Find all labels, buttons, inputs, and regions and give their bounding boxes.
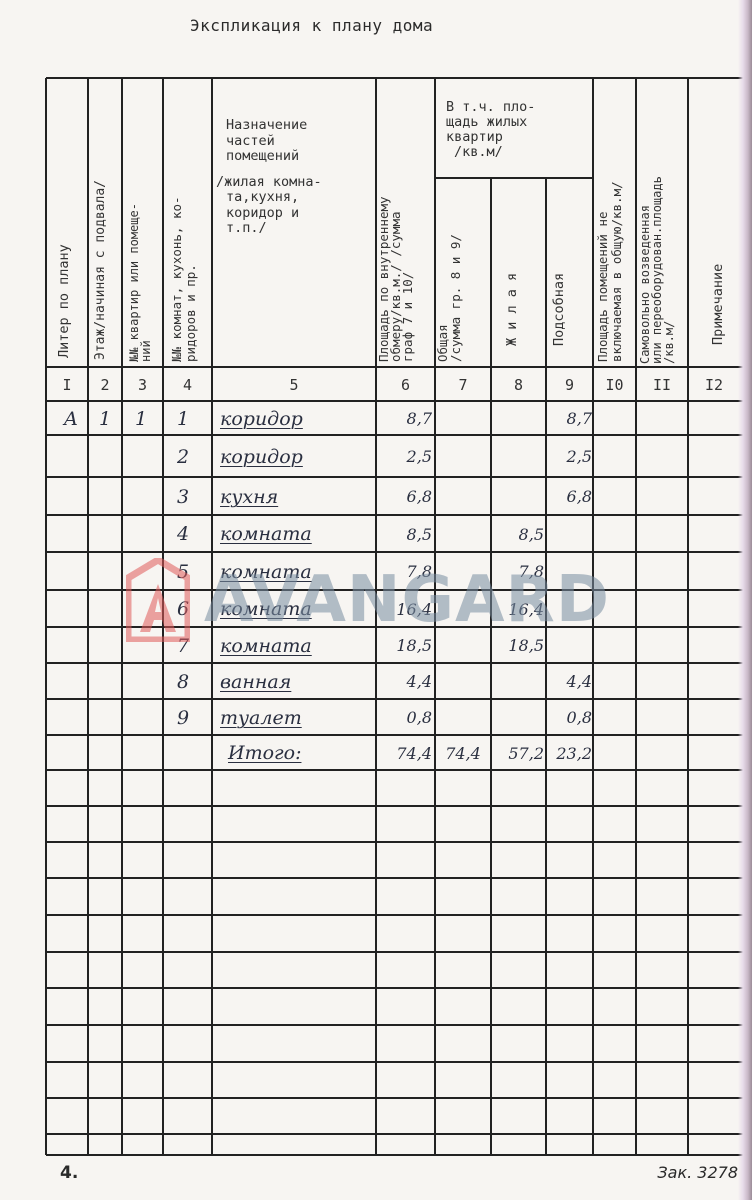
cell-excluded xyxy=(595,519,635,550)
column-index: I xyxy=(46,371,88,399)
header-col3: №№ квартир или помеще- ний xyxy=(128,203,152,362)
cell-aux: 23,2 xyxy=(548,739,592,768)
cell-floor xyxy=(92,667,118,697)
cell-floor xyxy=(92,556,118,588)
cell-apt xyxy=(126,667,156,697)
cell-room: 6 xyxy=(168,594,198,625)
cell-aux: 8,7 xyxy=(548,405,592,433)
cell-floor xyxy=(92,481,118,513)
cell-room: 5 xyxy=(168,556,198,588)
cell-note xyxy=(690,739,740,768)
cell-unauthorized xyxy=(638,405,686,433)
column-index: 5 xyxy=(212,371,376,399)
cell-area: 2,5 xyxy=(380,439,432,475)
grid-hline xyxy=(46,698,752,700)
cell-living: 16,4 xyxy=(494,594,544,625)
header-col5-line: /жилая комна- xyxy=(216,175,376,191)
cell-excluded xyxy=(595,405,635,433)
grid-hline xyxy=(46,1061,752,1063)
cell-area: 18,5 xyxy=(380,631,432,661)
cell-living xyxy=(494,667,544,697)
cell-aux: 4,4 xyxy=(548,667,592,697)
cell-room: 3 xyxy=(168,481,198,513)
grid-vline xyxy=(635,78,637,1155)
cell-unauthorized xyxy=(638,739,686,768)
cell-liter xyxy=(56,703,86,733)
cell-excluded xyxy=(595,439,635,475)
column-index: 7 xyxy=(435,371,491,399)
cell-liter xyxy=(56,631,86,661)
cell-excluded xyxy=(595,703,635,733)
order-number: Зак. 3278 xyxy=(657,1163,738,1182)
grid-hline xyxy=(46,951,752,953)
cell-purpose: коридор xyxy=(220,405,370,433)
cell-total xyxy=(437,405,489,433)
header-col4: №№ комнат, кухонь, ко- ридоров и пр. xyxy=(170,196,198,362)
column-index: I2 xyxy=(688,371,740,399)
grid-hline xyxy=(46,987,752,989)
group-header-line: /кв.м/ xyxy=(454,145,556,160)
cell-liter xyxy=(56,594,86,625)
cell-unauthorized xyxy=(638,439,686,475)
grid-vline xyxy=(162,78,164,1155)
group-header-line: квартир xyxy=(446,130,556,145)
cell-room: 2 xyxy=(168,439,198,475)
cell-living: 8,5 xyxy=(494,519,544,550)
cell-apt xyxy=(126,739,156,768)
cell-purpose: кухня xyxy=(220,481,370,513)
cell-purpose: Итого: xyxy=(220,739,378,768)
cell-excluded xyxy=(595,481,635,513)
header-col5-line: частей xyxy=(226,134,376,150)
cell-floor xyxy=(92,703,118,733)
cell-apt xyxy=(126,594,156,625)
cell-floor: 1 xyxy=(92,405,118,433)
grid-hline xyxy=(46,841,752,843)
cell-aux: 0,8 xyxy=(548,703,592,733)
cell-unauthorized xyxy=(638,703,686,733)
cell-floor xyxy=(92,594,118,625)
cell-room xyxy=(168,739,198,768)
grid-hline xyxy=(46,877,752,879)
grid-vline xyxy=(211,78,213,1155)
header-col10: Площадь помещений не включаемая в общую/… xyxy=(596,181,624,362)
header-col5-line: т.п./ xyxy=(226,221,376,237)
cell-apt xyxy=(126,481,156,513)
grid-hline xyxy=(46,434,752,436)
group-header-living-area: В т.ч. пло- щадь жилых квартир /кв.м/ xyxy=(446,100,556,160)
cell-purpose: комната xyxy=(220,519,370,550)
cell-liter xyxy=(56,439,86,475)
grid-hline xyxy=(46,77,752,79)
cell-note xyxy=(690,405,740,433)
cell-purpose: комната xyxy=(220,631,370,661)
cell-apt xyxy=(126,556,156,588)
cell-aux: 2,5 xyxy=(548,439,592,475)
cell-living xyxy=(494,703,544,733)
cell-total xyxy=(437,594,489,625)
cell-aux xyxy=(548,556,592,588)
cell-living: 18,5 xyxy=(494,631,544,661)
cell-total: 74,4 xyxy=(437,739,489,768)
cell-area: 6,8 xyxy=(380,481,432,513)
cell-liter xyxy=(56,481,86,513)
cell-excluded xyxy=(595,594,635,625)
grid-vline xyxy=(87,78,89,1155)
grid-vline xyxy=(545,178,547,1155)
cell-note xyxy=(690,439,740,475)
cell-note xyxy=(690,519,740,550)
cell-total xyxy=(437,703,489,733)
group-header-line: В т.ч. пло- xyxy=(446,100,556,115)
header-col1: Литер по плану xyxy=(58,244,71,358)
cell-unauthorized xyxy=(638,481,686,513)
cell-unauthorized xyxy=(638,519,686,550)
cell-living: 7,8 xyxy=(494,556,544,588)
cell-total xyxy=(437,519,489,550)
explication-sheet: Экспликация к плану дома Литер по плану … xyxy=(0,0,752,1200)
cell-room: 9 xyxy=(168,703,198,733)
grid-hline xyxy=(435,177,593,179)
header-col5-line: коридор и xyxy=(226,206,376,222)
cell-liter xyxy=(56,519,86,550)
cell-note xyxy=(690,556,740,588)
cell-note xyxy=(690,631,740,661)
document-title: Экспликация к плану дома xyxy=(190,16,433,35)
cell-total xyxy=(437,481,489,513)
grid-hline xyxy=(46,1133,752,1135)
grid-hline xyxy=(46,1097,752,1099)
column-index: 8 xyxy=(491,371,546,399)
cell-total xyxy=(437,667,489,697)
cell-living xyxy=(494,405,544,433)
cell-floor xyxy=(92,439,118,475)
cell-floor xyxy=(92,739,118,768)
grid-hline xyxy=(46,662,752,664)
cell-area: 4,4 xyxy=(380,667,432,697)
cell-unauthorized xyxy=(638,631,686,661)
column-index: 6 xyxy=(376,371,435,399)
column-index: I0 xyxy=(593,371,636,399)
grid-hline xyxy=(46,914,752,916)
header-col6: Площадь по внутреннему обмеру/кв.м./ /су… xyxy=(378,196,414,362)
grid-hline xyxy=(46,1024,752,1026)
cell-liter xyxy=(56,739,86,768)
cell-liter xyxy=(56,667,86,697)
cell-purpose: туалет xyxy=(220,703,370,733)
cell-note xyxy=(690,667,740,697)
column-index: II xyxy=(636,371,688,399)
grid-hline xyxy=(46,400,752,402)
grid-hline xyxy=(46,626,752,628)
cell-floor xyxy=(92,519,118,550)
cell-unauthorized xyxy=(638,667,686,697)
grid-hline xyxy=(46,366,752,368)
column-index: 4 xyxy=(163,371,212,399)
cell-purpose: комната xyxy=(220,594,370,625)
cell-room: 7 xyxy=(168,631,198,661)
grid-hline xyxy=(46,589,752,591)
cell-aux: 6,8 xyxy=(548,481,592,513)
page-number: 4. xyxy=(60,1163,78,1183)
cell-excluded xyxy=(595,631,635,661)
header-col12: Примечание xyxy=(712,264,725,345)
grid-vline xyxy=(121,78,123,1155)
grid-hline xyxy=(46,1154,752,1156)
cell-note xyxy=(690,703,740,733)
cell-total xyxy=(437,439,489,475)
grid-vline xyxy=(490,178,492,1155)
cell-area: 0,8 xyxy=(380,703,432,733)
grid-hline xyxy=(46,551,752,553)
header-col9: Подсобная xyxy=(553,273,566,346)
grid-hline xyxy=(46,476,752,478)
cell-note xyxy=(690,481,740,513)
grid-vline xyxy=(687,78,689,1155)
header-col5-line: помещений xyxy=(226,149,376,165)
cell-excluded xyxy=(595,556,635,588)
grid-hline xyxy=(46,805,752,807)
cell-room: 4 xyxy=(168,519,198,550)
header-col2: Этаж/начиная с подвала/ xyxy=(94,180,107,360)
cell-area: 8,5 xyxy=(380,519,432,550)
header-col5-line: та,кухня, xyxy=(226,190,376,206)
cell-floor xyxy=(92,631,118,661)
grid-hline xyxy=(46,514,752,516)
column-index: 9 xyxy=(546,371,593,399)
cell-aux xyxy=(548,594,592,625)
cell-living xyxy=(494,439,544,475)
cell-apt xyxy=(126,703,156,733)
cell-total xyxy=(437,556,489,588)
header-col11: Самовольно возведенная или переоборудова… xyxy=(639,176,675,364)
cell-area: 7,8 xyxy=(380,556,432,588)
cell-area: 8,7 xyxy=(380,405,432,433)
cell-room: 8 xyxy=(168,667,198,697)
cell-apt xyxy=(126,439,156,475)
page-edge-shadow xyxy=(738,0,752,1200)
cell-area: 74,4 xyxy=(380,739,432,768)
cell-liter xyxy=(56,556,86,588)
grid-hline xyxy=(46,734,752,736)
cell-excluded xyxy=(595,739,635,768)
grid-vline xyxy=(592,78,594,1155)
cell-note xyxy=(690,594,740,625)
header-col8: Ж и л а я xyxy=(506,273,519,346)
header-col5-line: Назначение xyxy=(226,118,376,134)
cell-purpose: комната xyxy=(220,556,370,588)
cell-apt xyxy=(126,631,156,661)
cell-living xyxy=(494,481,544,513)
cell-unauthorized xyxy=(638,556,686,588)
column-index: 3 xyxy=(122,371,163,399)
cell-aux xyxy=(548,631,592,661)
cell-excluded xyxy=(595,667,635,697)
cell-area: 16,4 xyxy=(380,594,432,625)
cell-total xyxy=(437,631,489,661)
cell-aux xyxy=(548,519,592,550)
header-col7: Общая /сумма гр. 8 и 9/ xyxy=(436,234,462,362)
cell-room: 1 xyxy=(168,405,198,433)
cell-purpose: ванная xyxy=(220,667,370,697)
cell-apt xyxy=(126,519,156,550)
group-header-line: щадь жилых xyxy=(446,115,556,130)
cell-unauthorized xyxy=(638,594,686,625)
grid-hline xyxy=(46,769,752,771)
cell-living: 57,2 xyxy=(494,739,544,768)
cell-purpose: коридор xyxy=(220,439,370,475)
grid-vline xyxy=(45,78,47,1155)
column-index: 2 xyxy=(88,371,122,399)
cell-apt: 1 xyxy=(126,405,156,433)
header-col5: Назначение частей помещений /жилая комна… xyxy=(226,118,376,237)
cell-liter: А xyxy=(56,405,86,433)
